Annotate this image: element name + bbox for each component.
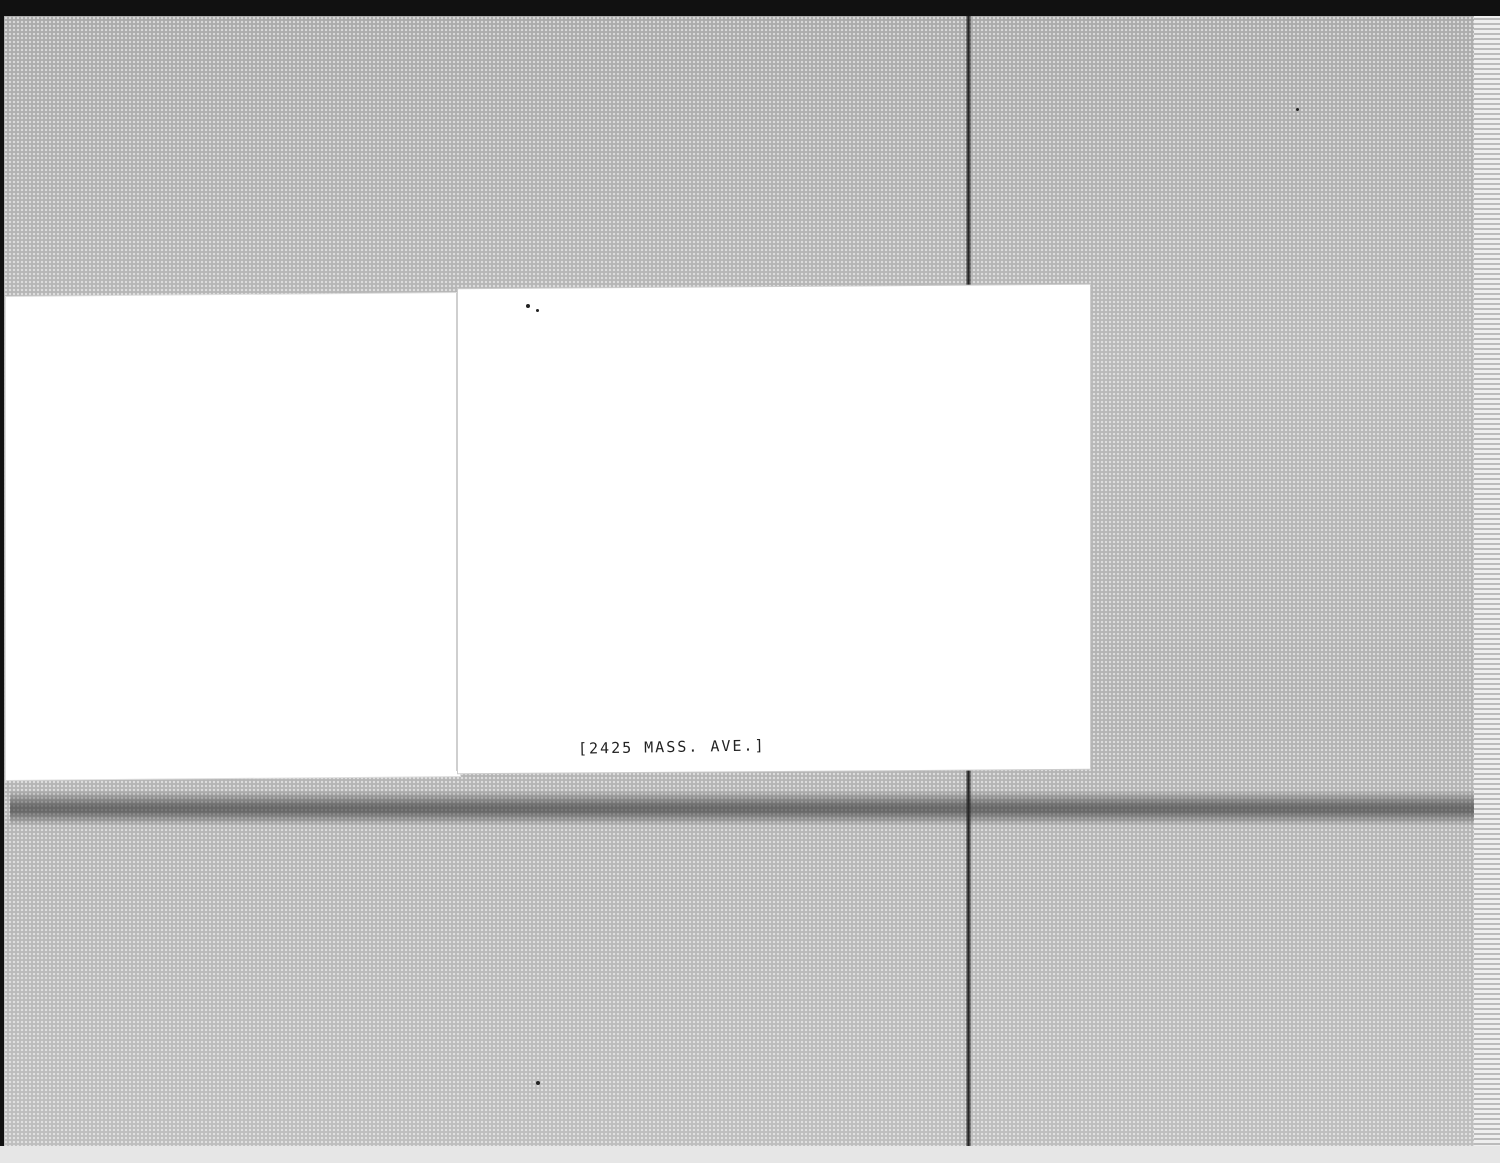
- scan-right-edge: [1474, 16, 1500, 1163]
- card-seam: [456, 293, 458, 771]
- ink-speck: [536, 309, 539, 312]
- handwritten-address-note: [2425 MASS. AVE.]: [578, 736, 766, 757]
- ink-speck: [526, 304, 530, 308]
- horizontal-fold-line: [10, 790, 1474, 826]
- scan-bottom-edge: [0, 1146, 1500, 1163]
- blank-card-left-panel: [6, 293, 460, 780]
- ink-speck: [536, 1081, 540, 1085]
- blank-card-right-panel: [458, 285, 1090, 773]
- ink-speck: [1296, 108, 1299, 111]
